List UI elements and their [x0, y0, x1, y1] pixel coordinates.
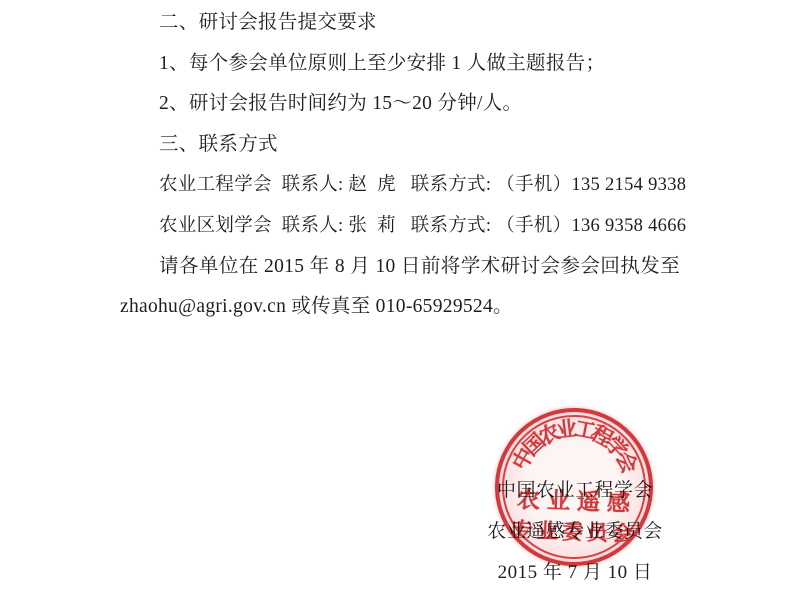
closing-line-2-email-fax: zhaohu@agri.gov.cn 或传真至 010-65929524。 [120, 287, 680, 328]
list-item-2: 2、研讨会报告时间约为 15～20 分钟/人。 [120, 84, 680, 125]
list-item-1: 1、每个参会单位原则上至少安排 1 人做主题报告； [120, 44, 680, 85]
official-seal: 中 国 农 业 工 程 学 会 农业遥感 专业委员会 [492, 405, 655, 568]
document-page: { "body": { "heading_2": "二、研讨会报告提交要求", … [0, 0, 799, 599]
section-heading-2: 二、研讨会报告提交要求 [120, 3, 680, 44]
seal-center-text-2: 专业委员会 [493, 518, 652, 546]
contact-line-regionalization-society: 农业区划学会 联系人: 张 莉 联系方式: （手机）136 9358 4666 [120, 206, 680, 247]
contact-line-engineering-society: 农业工程学会 联系人: 赵 虎 联系方式: （手机）135 2154 9338 [120, 165, 680, 206]
document-body: 二、研讨会报告提交要求 1、每个参会单位原则上至少安排 1 人做主题报告； 2、… [120, 3, 680, 328]
section-heading-3: 三、联系方式 [120, 125, 680, 166]
closing-line-1: 请各单位在 2015 年 8 月 10 日前将学术研讨会参会回执发至 [120, 247, 680, 288]
